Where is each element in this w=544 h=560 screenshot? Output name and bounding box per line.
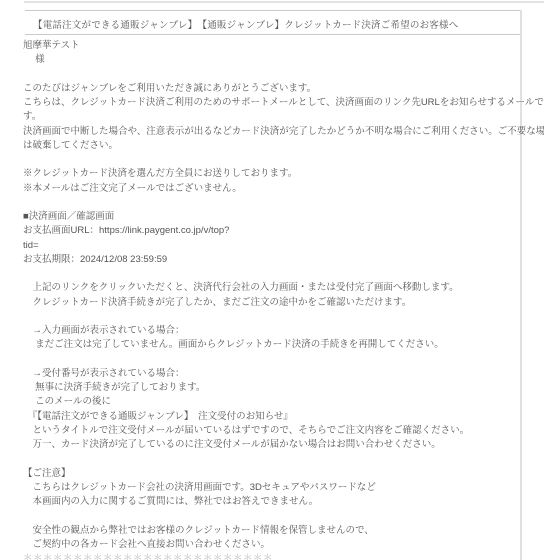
body-line: 安全性の観点から弊社ではお客様のクレジットカード情報を保管しませんので、	[23, 524, 517, 538]
body-line	[23, 196, 517, 210]
body-line: す。	[23, 110, 517, 124]
body-line: こちらはクレジットカード会社の決済用画面です。3Dセキュアやパスワードなど	[23, 481, 517, 495]
body-line: 【ご注意】	[23, 467, 517, 481]
body-line: 無事に決済手続きが完了しております。	[23, 381, 517, 395]
body-line: ※本メールはご注文完了メールではございません。	[23, 182, 517, 196]
body-line: →受付番号が表示されている場合：	[23, 367, 517, 381]
body-line: ＊＊＊＊＊＊＊＊＊＊＊＊＊＊＊＊＊＊＊＊＊＊＊＊＊	[23, 552, 517, 560]
body-line: ■決済画面／確認画面	[23, 210, 517, 224]
body-line	[23, 452, 517, 466]
body-line: お支払画面URL：https://link.paygent.co.jp/v/to…	[23, 224, 517, 238]
body-line: というタイトルで注文受付メールが届いているはずですので、そちらでご注文内容をご確…	[23, 424, 517, 438]
body-line: 決済画面で中断した場合や、注意表示が出るなどカード決済が完了したかどうか不明な場…	[23, 125, 517, 139]
body-line: 旭摩華テスト	[23, 39, 517, 53]
pane-top-divider	[24, 1, 544, 3]
body-line: ※クレジットカード決済を選んだ方全員にお送りしております。	[23, 167, 517, 181]
email-subject-row: 【電話注文ができる通販ジャンブレ】 【通販ジャンブレ】クレジットカード決済ご希望…	[25, 10, 521, 35]
body-line	[23, 68, 517, 82]
body-line: ご契約中の各カード会社へ直接お問い合わせください。	[23, 538, 517, 552]
body-line: まだご注文は完了していません。画面からクレジットカード決済の手続きを再開してくだ…	[23, 338, 517, 352]
body-line: 様	[23, 53, 517, 67]
body-line: 本画面内の入力に関するご質問には、弊社ではお答えできません。	[23, 495, 517, 509]
body-line	[23, 310, 517, 324]
body-line: →入力画面が表示されている場合：	[23, 324, 517, 338]
scrollbar-track[interactable]	[520, 10, 522, 560]
body-line: クレジットカード決済手続きが完了したか、まだご注文の途中かをご確認いただけます。	[23, 296, 517, 310]
body-line: tid=	[23, 239, 517, 253]
email-body: 旭摩華テスト 様このたびはジャンブレをご利用いただき誠にありがとうございます。こ…	[23, 39, 517, 560]
body-line: 上記のリンクをクリックいただくと、決済代行会社の入力画面・または受付完了画面へ移…	[23, 281, 517, 295]
body-line: は破棄してください。	[23, 139, 517, 153]
body-line	[23, 153, 517, 167]
body-line	[23, 509, 517, 523]
email-subject: 【電話注文ができる通販ジャンブレ】 【通販ジャンブレ】クレジットカード決済ご希望…	[25, 11, 521, 31]
body-line: このメールの後に	[23, 395, 517, 409]
body-line: こちらは、クレジットカード決済ご利用のためのサポートメールとして、決済画面のリン…	[23, 96, 517, 110]
email-viewer-pane: 【電話注文ができる通販ジャンブレ】 【通販ジャンブレ】クレジットカード決済ご希望…	[0, 0, 544, 560]
body-line: 万一、カード決済が完了しているのに注文受付メールが届かない場合はお問い合わせくだ…	[23, 438, 517, 452]
body-line: このたびはジャンブレをご利用いただき誠にありがとうございます。	[23, 82, 517, 96]
body-line: 『【電話注文ができる通販ジャンブレ】 注文受付のお知らせ』	[23, 410, 517, 424]
body-line: お支払期限：2024/12/08 23:59:59	[23, 253, 517, 267]
body-line	[23, 267, 517, 281]
body-line	[23, 353, 517, 367]
